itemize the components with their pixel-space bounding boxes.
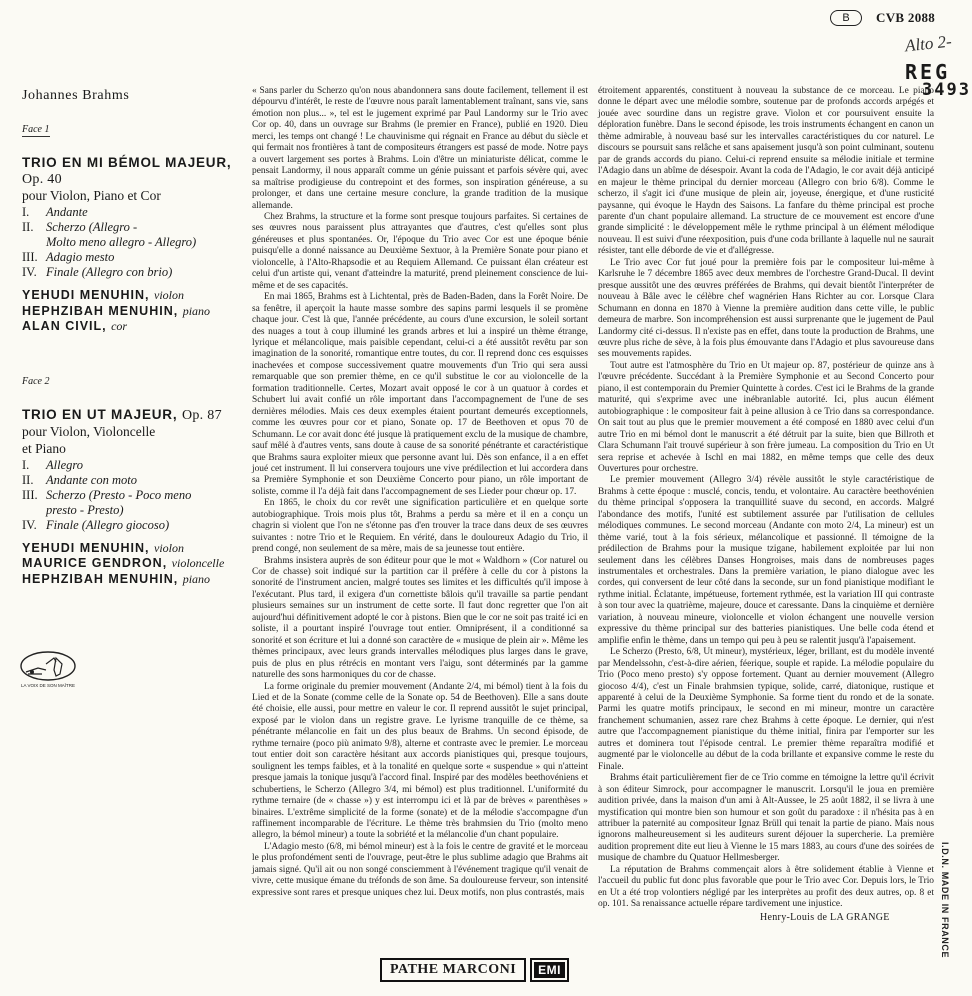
movement-number: IV. bbox=[22, 518, 46, 533]
movement-item: II.Scherzo (Allegro - bbox=[22, 220, 240, 235]
performer-role: violoncelle bbox=[172, 556, 225, 570]
face-label: Face 1 bbox=[22, 124, 50, 137]
face-2: Face 2 TRIO EN UT MAJEUR, Op. 87 pour Vi… bbox=[22, 371, 240, 588]
publisher-logo: PATHE MARCONI EMI bbox=[380, 958, 569, 982]
essay-paragraph: La forme originale du premier mouvement … bbox=[252, 682, 588, 842]
movement-number bbox=[22, 235, 46, 250]
movement-number: II. bbox=[22, 473, 46, 488]
movement-number: IV. bbox=[22, 265, 46, 280]
movement-name: presto - Presto) bbox=[46, 503, 124, 518]
essay-column-1: « Sans parler du Scherzo qu'on nous aban… bbox=[252, 86, 588, 899]
essay-paragraph: Le Trio avec Cor fut joué pour la premiè… bbox=[598, 258, 934, 361]
movement-number: I. bbox=[22, 205, 46, 220]
movement-item: IV.Finale (Allegro con brio) bbox=[22, 265, 240, 280]
performer-list: YEHUDI MENUHIN, violon HEPHZIBAH MENUHIN… bbox=[22, 288, 240, 335]
instrumentation: et Piano bbox=[22, 441, 240, 457]
performer: YEHUDI MENUHIN, violon bbox=[22, 288, 240, 304]
performer-name: MAURICE GENDRON, bbox=[22, 556, 167, 570]
movement-list: I.Allegro II.Andante con moto III.Scherz… bbox=[22, 458, 240, 533]
movement-item: I.Allegro bbox=[22, 458, 240, 473]
work-title: TRIO EN MI BÉMOL MAJEUR, Op. 40 bbox=[22, 155, 240, 188]
face-label: Face 2 bbox=[22, 376, 50, 388]
movement-name: Andante con moto bbox=[46, 473, 137, 488]
movement-name: Molto meno allegro - Allegro) bbox=[46, 235, 196, 250]
movement-item: Molto meno allegro - Allegro) bbox=[22, 235, 240, 250]
essay-author-signature: Henry-Louis de LA GRANGE bbox=[760, 912, 890, 923]
printer-imprint: I.D.N. MADE IN FRANCE bbox=[940, 842, 950, 958]
movement-item: presto - Presto) bbox=[22, 503, 240, 518]
emi-logo: EMI bbox=[530, 958, 569, 982]
movement-name: Allegro bbox=[46, 458, 83, 473]
his-masters-voice-logo: LA VOIX DE SON MAÎTRE bbox=[18, 650, 78, 690]
essay-paragraph: Le Scherzo (Presto, 6/8, Ut mineur), mys… bbox=[598, 647, 934, 773]
performer-role: violon bbox=[154, 541, 184, 555]
performer-role: cor bbox=[111, 319, 127, 333]
movement-number: II. bbox=[22, 220, 46, 235]
essay-column-2: étroitement apparentés, constituent à no… bbox=[598, 86, 934, 911]
essay-paragraph: Le premier mouvement (Allegro 3/4) révèl… bbox=[598, 475, 934, 647]
catalogue-row: B CVB 2088 bbox=[830, 10, 935, 26]
movement-number: III. bbox=[22, 250, 46, 265]
record-sleeve-back: B CVB 2088 Alto 2- REG 3493 Johannes Bra… bbox=[0, 0, 972, 996]
movement-name: Andante bbox=[46, 205, 88, 220]
essay-paragraph: L'Adagio mesto (6/8, mi bémol mineur) es… bbox=[252, 842, 588, 899]
movement-item: III.Adagio mesto bbox=[22, 250, 240, 265]
essay-paragraph: Chez Brahms, la structure et la forme so… bbox=[252, 212, 588, 292]
movement-number: III. bbox=[22, 488, 46, 503]
performer: HEPHZIBAH MENUHIN, piano bbox=[22, 572, 240, 588]
performer-role: piano bbox=[183, 572, 210, 586]
opus-number: Op. 40 bbox=[22, 172, 62, 187]
face-1: Face 1 TRIO EN MI BÉMOL MAJEUR, Op. 40 p… bbox=[22, 119, 240, 335]
movement-name: Adagio mesto bbox=[46, 250, 114, 265]
movement-name: Finale (Allegro con brio) bbox=[46, 265, 172, 280]
emi-wordmark: EMI bbox=[534, 962, 565, 978]
instrumentation: pour Violon, Violoncelle bbox=[22, 424, 240, 440]
instrumentation: pour Violon, Piano et Cor bbox=[22, 188, 240, 204]
disc-badge: B bbox=[830, 10, 862, 26]
performer-name: ALAN CIVIL, bbox=[22, 319, 107, 333]
movement-number: I. bbox=[22, 458, 46, 473]
catalogue-number: CVB 2088 bbox=[876, 10, 935, 26]
work-title-text: TRIO EN UT MAJEUR, bbox=[22, 407, 177, 422]
pathe-marconi-wordmark: PATHE MARCONI bbox=[380, 958, 526, 982]
performer-role: piano bbox=[183, 304, 210, 318]
performer-list: YEHUDI MENUHIN, violon MAURICE GENDRON, … bbox=[22, 541, 240, 588]
essay-paragraph: Brahms était particulièrement fier de ce… bbox=[598, 773, 934, 865]
performer-name: HEPHZIBAH MENUHIN, bbox=[22, 304, 178, 318]
movement-name: Scherzo (Allegro - bbox=[46, 220, 137, 235]
movement-item: IV.Finale (Allegro giocoso) bbox=[22, 518, 240, 533]
essay-paragraph: En mai 1865, Brahms est à Lichtental, pr… bbox=[252, 292, 588, 498]
movement-name: Finale (Allegro giocoso) bbox=[46, 518, 169, 533]
performer-name: HEPHZIBAH MENUHIN, bbox=[22, 572, 178, 586]
essay-paragraph: Tout autre est l'atmosphère du Trio en U… bbox=[598, 361, 934, 476]
performer: ALAN CIVIL, cor bbox=[22, 319, 240, 335]
essay-paragraph: « Sans parler du Scherzo qu'on nous aban… bbox=[252, 86, 588, 212]
performer-role: violon bbox=[154, 288, 184, 302]
performer-name: YEHUDI MENUHIN, bbox=[22, 288, 150, 302]
essay-paragraph: En 1865, le choix du cor revêt une signi… bbox=[252, 498, 588, 555]
svg-text:LA VOIX DE SON MAÎTRE: LA VOIX DE SON MAÎTRE bbox=[21, 682, 75, 688]
composer-name: Johannes Brahms bbox=[22, 88, 240, 104]
performer: MAURICE GENDRON, violoncelle bbox=[22, 556, 240, 572]
movement-number bbox=[22, 503, 46, 518]
essay-paragraph: Brahms insistera auprès de son éditeur p… bbox=[252, 556, 588, 682]
essay-paragraph: étroitement apparentés, constituent à no… bbox=[598, 86, 934, 258]
dog-gramophone-icon: LA VOIX DE SON MAÎTRE bbox=[18, 650, 78, 690]
work-title: TRIO EN UT MAJEUR, Op. 87 bbox=[22, 407, 240, 424]
movement-item: II.Andante con moto bbox=[22, 473, 240, 488]
opus-number: Op. 87 bbox=[182, 408, 222, 423]
essay-paragraph: La réputation de Brahms commençait alors… bbox=[598, 865, 934, 911]
handwritten-note: Alto 2- bbox=[904, 32, 953, 57]
performer: YEHUDI MENUHIN, violon bbox=[22, 541, 240, 557]
movement-list: I.Andante II.Scherzo (Allegro - Molto me… bbox=[22, 205, 240, 280]
movement-item: I.Andante bbox=[22, 205, 240, 220]
performer-name: YEHUDI MENUHIN, bbox=[22, 541, 150, 555]
work-title-text: TRIO EN MI BÉMOL MAJEUR, bbox=[22, 155, 231, 170]
programme-column: Johannes Brahms Face 1 TRIO EN MI BÉMOL … bbox=[22, 88, 240, 587]
movement-name: Scherzo (Presto - Poco meno bbox=[46, 488, 191, 503]
performer: HEPHZIBAH MENUHIN, piano bbox=[22, 304, 240, 320]
movement-item: III.Scherzo (Presto - Poco meno bbox=[22, 488, 240, 503]
